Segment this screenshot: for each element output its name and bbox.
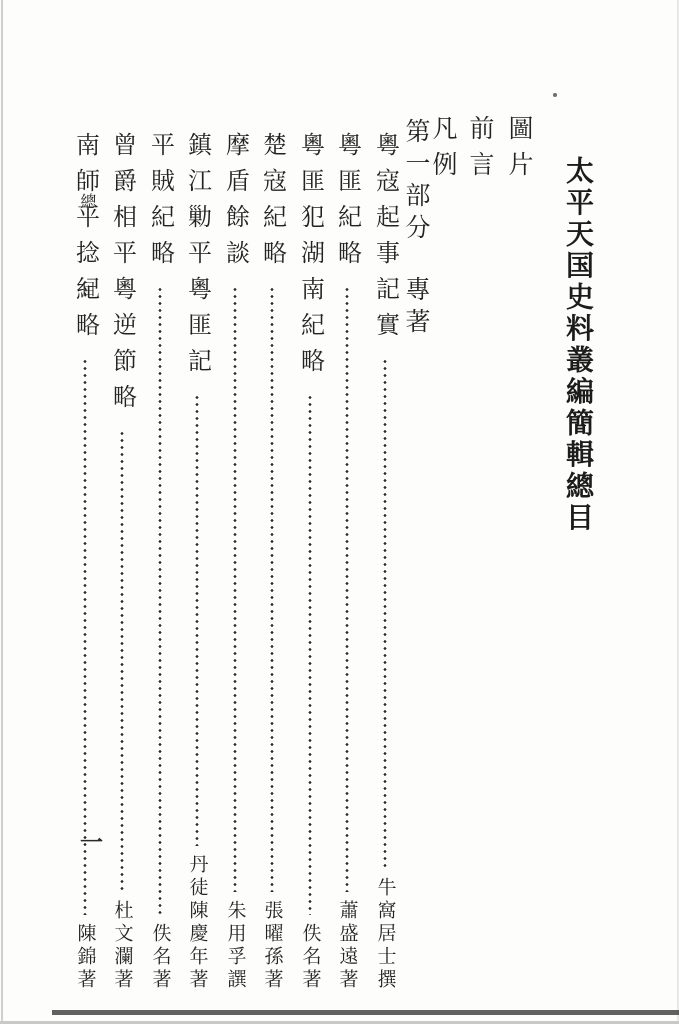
entry-author: 蕭盛遠著 xyxy=(334,900,361,992)
entry-title: 楚寇紀略 xyxy=(255,132,290,276)
scan-edge-left xyxy=(1,0,3,1024)
toc-entry: 摩盾餘談 朱用孚譔 xyxy=(216,132,254,992)
entry-author: 丹徒陳慶年著 xyxy=(184,854,211,992)
dotted-leader xyxy=(253,286,291,892)
entry-author: 杜文瀾著 xyxy=(109,900,136,992)
entry-title: 粵寇起事記實 xyxy=(368,132,403,348)
entry-author: 朱用孚譔 xyxy=(222,900,249,992)
front-matter-item-preface: 前言 xyxy=(461,115,497,187)
scanned-book-page: 太平天国史料叢編簡輯總目 圖片 前言 凡例 第一部分 專著 粵寇起事記實 牛窩居… xyxy=(0,0,679,1024)
entry-title: 平賊紀略 xyxy=(143,132,178,276)
entry-author: 張曜孫著 xyxy=(259,900,286,992)
entry-author: 佚名著 xyxy=(147,923,174,992)
dotted-leader xyxy=(366,358,404,869)
toc-entry: 曾爵相平粵逆節略 杜文瀾著 xyxy=(103,132,141,992)
margin-running-header: 總目 xyxy=(75,193,98,369)
toc-entry: 粵匪犯湖南紀略 佚名著 xyxy=(291,132,329,992)
toc-entry: 鎮江勦平粵匪記 丹徒陳慶年著 xyxy=(178,132,216,992)
dotted-leader xyxy=(328,286,366,892)
entry-title: 粵匪紀略 xyxy=(330,132,365,276)
dotted-leader xyxy=(103,430,141,892)
entry-author: 牛窩居士撰 xyxy=(372,877,399,992)
entry-author: 佚名著 xyxy=(297,923,324,992)
page-number: 一 xyxy=(73,830,106,853)
scan-edge-bottom xyxy=(52,1010,679,1015)
page-title: 太平天国史料叢編簡輯總目 xyxy=(557,156,597,534)
toc-entry: 粵匪紀略 蕭盛遠著 xyxy=(328,132,366,992)
entry-title: 粵匪犯湖南紀略 xyxy=(293,132,328,384)
dotted-leader xyxy=(291,394,329,915)
ink-speckle xyxy=(553,93,557,97)
entry-title: 摩盾餘談 xyxy=(218,132,253,276)
section-part-label: 第一部分 xyxy=(402,118,429,246)
entry-title: 鎮江勦平粵匪記 xyxy=(180,132,215,384)
toc-entry: 楚寇紀略 張曜孫著 xyxy=(253,132,291,992)
toc-entry: 粵寇起事記實 牛窩居士撰 xyxy=(366,132,404,992)
entry-author: 陳錦著 xyxy=(72,923,99,992)
dotted-leader xyxy=(141,286,179,915)
dotted-leader xyxy=(216,286,254,892)
entry-title: 曾爵相平粵逆節略 xyxy=(105,132,140,420)
dotted-leader xyxy=(178,394,216,846)
toc-entry: 平賊紀略 佚名著 xyxy=(141,132,179,992)
front-matter-item-pictures: 圖片 xyxy=(500,115,536,187)
